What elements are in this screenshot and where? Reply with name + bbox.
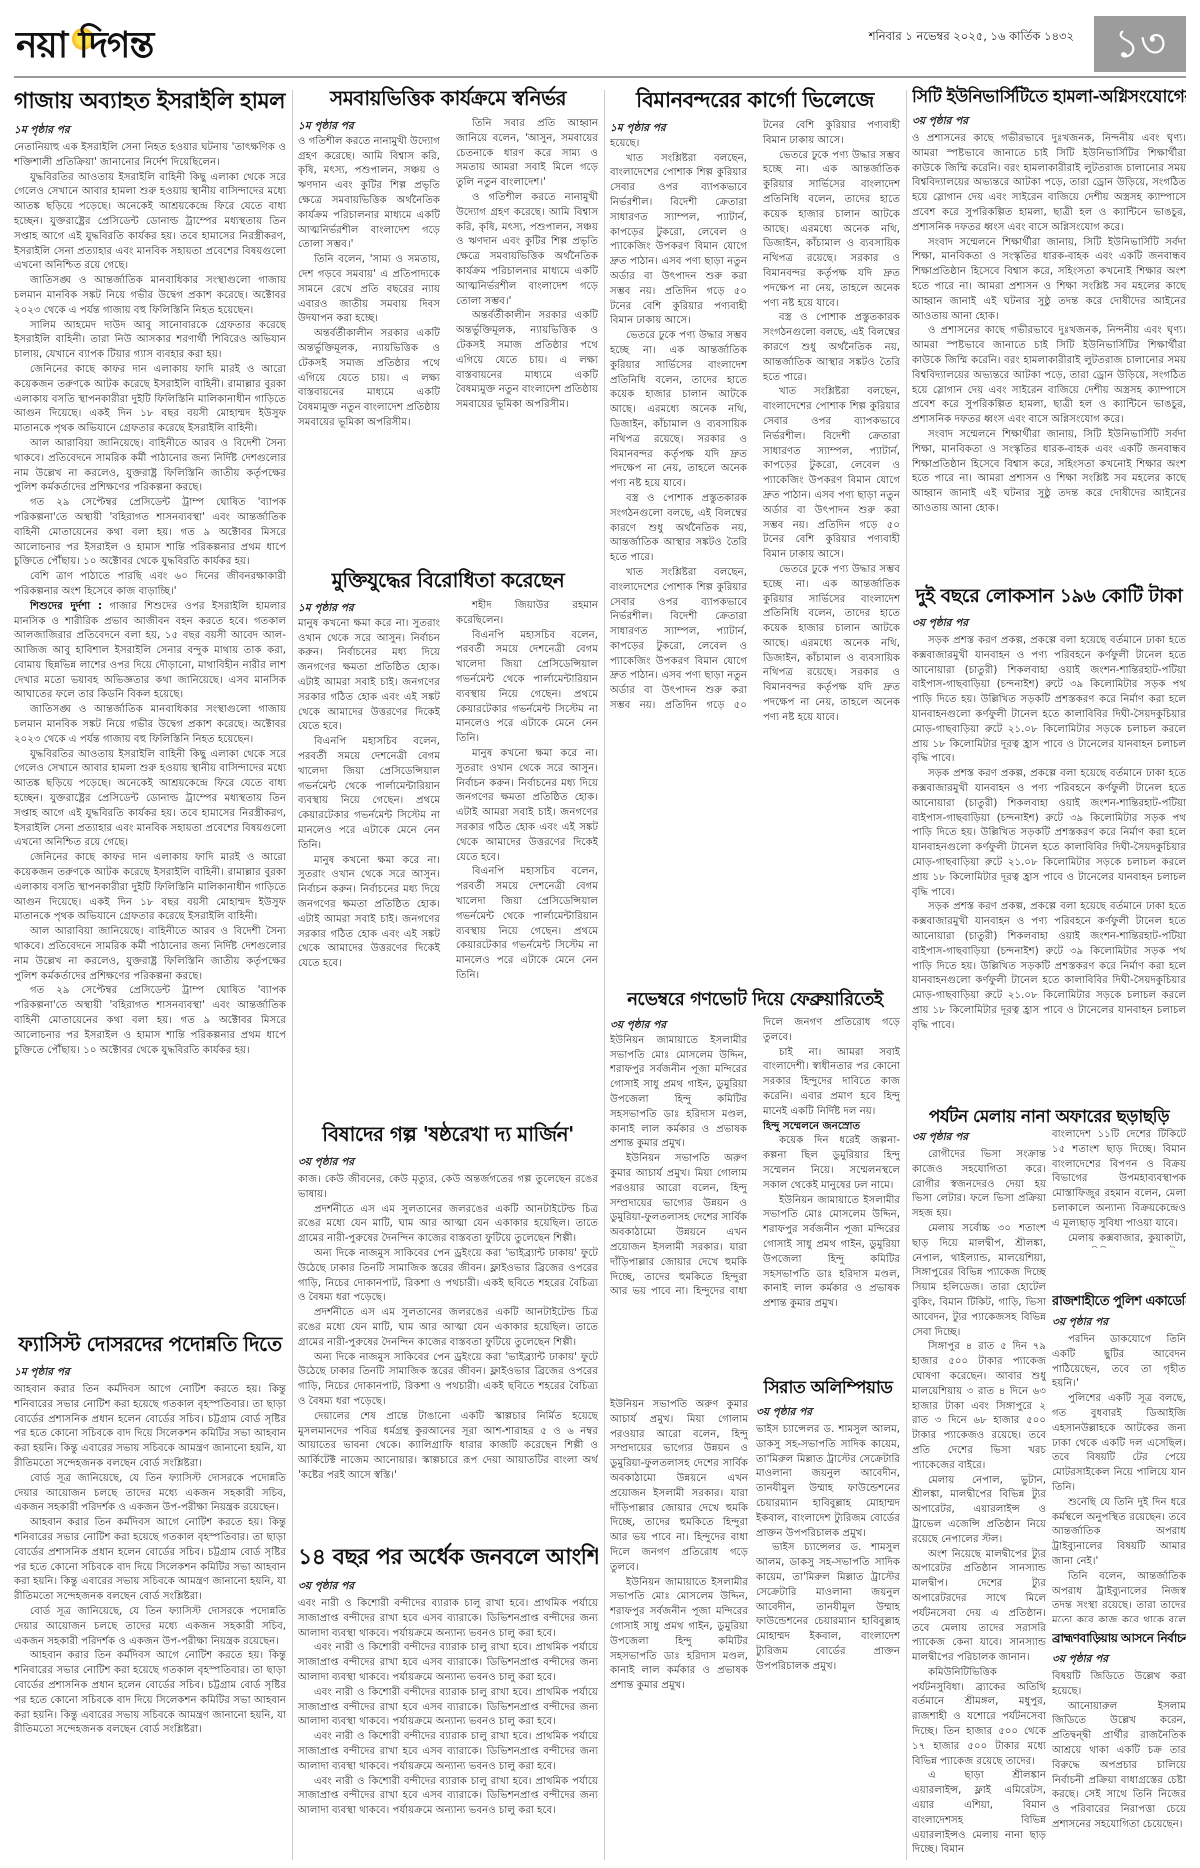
article-body: ও প্রশাসনের কাছে গভীরভাবে দুঃখজনক, নিন্দ… <box>912 132 1186 517</box>
continued-label: ১ম পৃষ্ঠার পর <box>298 119 440 134</box>
article-brahmanbaria: ব্রাহ্মণবাড়িয়ায় আসনে নির্বাচন ঘিরে ৩য… <box>1052 1630 1186 1860</box>
headline: সিটি ইউনিভার্সিটিতে হামলা-অগ্নিসংযোগের <box>912 84 1186 112</box>
article-gaza: গাজায় অব্যাহত ইসরাইলি হামলায় ১ম পৃষ্ঠা… <box>14 84 286 1324</box>
continued-label: ৩য় পৃষ্ঠার পর <box>1052 1315 1186 1332</box>
continued-label: ১ম পৃষ্ঠার পর <box>610 121 747 136</box>
headline: সমবায়ভিত্তিক কার্যক্রমে স্বনির্ভর <box>298 84 598 117</box>
article-november-referendum-cont: ইউনিয়ন সভাপতি অরুণ কুমার আচার্য প্রমুখ।… <box>610 1398 748 1860</box>
continued-label: ৩য় পৃষ্ঠার পর <box>1052 1652 1186 1669</box>
article-cargo: বিমানবন্দরের কার্গো ভিলেজে ১ম পৃষ্ঠার পর… <box>610 84 900 984</box>
article-tourism-fair-col2: বাংলাদেশ ১১টি দেশের টিকিটে ১৫ শতাংশ ছাড়… <box>1052 1128 1186 1248</box>
continued-label: ৩য় পৃষ্ঠার পর <box>756 1405 900 1422</box>
article-cooperative: সমবায়ভিত্তিক কার্যক্রমে স্বনির্ভর ১ম পৃ… <box>298 84 598 564</box>
continued-label: ৩য় পৃষ্ঠার পর <box>912 114 1186 131</box>
article-body: ইউনিয়ন সভাপতি অরুণ কুমার আচার্য প্রমুখ।… <box>610 1398 748 1694</box>
continued-label: ৩য় পৃষ্ঠার পর <box>298 1155 598 1172</box>
article-november-referendum: নভেম্বরে গণভোট দিয়ে ফেব্রুয়ারিতেই ৩য় … <box>610 985 900 1395</box>
headline: বিমানবন্দরের কার্গো ভিলেজে <box>610 84 900 119</box>
article-body: বিষয়টি জিডিতে উল্লেখ করা হয়েছে। আনোয়া… <box>1052 1670 1186 1833</box>
subhead: শিশুদের দুর্দশা : <box>30 601 102 612</box>
headline: ১৪ বছর পর অর্ধেক জনবলে আংশিক <box>298 1540 598 1577</box>
headline: দুই বছরে লোকসান ১৯৬ কোটি টাকা <box>912 582 1186 614</box>
article-fascist-promotion: ফ্যাসিস্ট দোসরদের পদোন্নতি দিতে ১ম পৃষ্ঠ… <box>14 1330 286 1860</box>
continued-label: ১ম পৃষ্ঠার পর <box>14 123 286 140</box>
article-tourism-fair: পর্যটন মেলায় নানা অফারের ছড়াছড়ি <box>912 1104 1186 1128</box>
article-body: নেতানিয়াহু এক ইসরাইলি সেনা নিহত হওয়ার … <box>14 141 286 1058</box>
continued-label: ৩য় পৃষ্ঠার পর <box>912 1130 1046 1147</box>
headline: বিষাদের গল্প 'ষষ্ঠরেখা দ্য মার্জিন' <box>298 1120 598 1153</box>
newspaper-logo: নয়া দিগন্ত <box>16 18 153 78</box>
headline: নভেম্বরে গণভোট দিয়ে ফেব্রুয়ারিতেই <box>610 985 900 1016</box>
article-body: ভাইস চ্যান্সেলর ড. শামসুল আলম, ডাকসু সহ-… <box>756 1423 900 1675</box>
column-divider <box>906 90 907 1860</box>
article-body: আহবান করার তিন কর্মদিবস আগে নোটিশ করতে হ… <box>14 1383 286 1738</box>
continued-label: ৩য় পৃষ্ঠার পর <box>298 1579 598 1596</box>
continued-label: ৩য় পৃষ্ঠার পর <box>912 616 1186 633</box>
article-olympiad: সিরাত অলিম্পিয়াড ৩য় পৃষ্ঠার পর ভাইস চ্… <box>756 1375 900 1860</box>
article-tourism-fair-body: ৩য় পৃষ্ঠার পর রোগীদের ভিসা সংক্রান্ত কা… <box>912 1128 1046 1860</box>
headline: সিরাত অলিম্পিয়াড <box>756 1375 900 1403</box>
subhead: হিন্দু সম্মেলনে জনস্রোত <box>763 1120 900 1135</box>
column-divider <box>604 90 605 1860</box>
page-number-badge: ১৩ <box>1094 16 1186 72</box>
continued-label: ৩য় পৃষ্ঠার পর <box>610 1018 747 1033</box>
dateline: শনিবার ১ নভেম্বর ২০২৫, ১৬ কার্তিক ১৪৩২ <box>869 28 1074 47</box>
article-body: কাজ। কেউ জীবনের, কেউ মৃত্যুর, কেউ অন্তর্… <box>298 1173 598 1484</box>
article-body: ১ম পৃষ্ঠার পর হয়েছে। খাত সংশ্লিষ্টরা বল… <box>610 119 900 726</box>
article-body: ৩য় পৃষ্ঠার পর ইউনিয়ন জামায়াতে ইসলামীর… <box>610 1016 900 1312</box>
article-rajshahi-police: রাজশাহীতে পুলিশ একাডেমি ৩য় পৃষ্ঠার পর প… <box>1052 1292 1186 1622</box>
article-body: রোগীদের ভিসা সংক্রান্ত কাজেও সহযোগিতা কর… <box>912 1148 1046 1858</box>
masthead: নয়া দিগন্ত শনিবার ১ নভেম্বর ২০২৫, ১৬ কা… <box>14 0 1186 78</box>
article-body: ১ম পৃষ্ঠার পর মানুষ কখনো ক্ষমা করে না। স… <box>298 599 598 984</box>
article-body: এবং নারী ও কিশোরী বন্দীদের ব্যারাক চালু … <box>298 1597 598 1819</box>
article-body: ১ম পৃষ্ঠার পর ও গতিশীল করতে নানামুখী উদ্… <box>298 117 598 431</box>
headline: গাজায় অব্যাহত ইসরাইলি হামলায় <box>14 84 286 121</box>
headline: রাজশাহীতে পুলিশ একাডেমি <box>1052 1292 1186 1313</box>
article-body: সড়ক প্রশস্ত করণ প্রকল্প, প্রকল্পে বলা হ… <box>912 634 1186 1034</box>
headline: মুক্তিযুদ্ধের বিরোধিতা করেছেন <box>298 566 598 599</box>
article-story-of-grief: বিষাদের গল্প 'ষষ্ঠরেখা দ্য মার্জিন' ৩য় … <box>298 1120 598 1525</box>
article-body: বাংলাদেশ ১১টি দেশের টিকিটে ১৫ শতাংশ ছাড়… <box>1052 1128 1186 1248</box>
continued-label: ১ম পৃষ্ঠার পর <box>14 1365 286 1382</box>
article-city-university: সিটি ইউনিভার্সিটিতে হামলা-অগ্নিসংযোগের ৩… <box>912 84 1186 574</box>
article-loss: দুই বছরে লোকসান ১৯৬ কোটি টাকা ৩য় পৃষ্ঠা… <box>912 582 1186 1102</box>
article-partial-manpower: ১৪ বছর পর অর্ধেক জনবলে আংশিক ৩য় পৃষ্ঠার… <box>298 1540 598 1860</box>
column-divider <box>292 90 293 1860</box>
headline: ব্রাহ্মণবাড়িয়ায় আসনে নির্বাচন ঘিরে <box>1052 1630 1186 1650</box>
article-body: পরদিন ডাকযোগে তিনি একটি ছুটির আবেদন পাঠি… <box>1052 1333 1186 1622</box>
headline: পর্যটন মেলায় নানা অফারের ছড়াছড়ি <box>912 1104 1186 1128</box>
headline: ফ্যাসিস্ট দোসরদের পদোন্নতি দিতে <box>14 1330 286 1363</box>
continued-label: ১ম পৃষ্ঠার পর <box>298 601 440 616</box>
article-liberation-war: মুক্তিযুদ্ধের বিরোধিতা করেছেন ১ম পৃষ্ঠার… <box>298 566 598 1116</box>
